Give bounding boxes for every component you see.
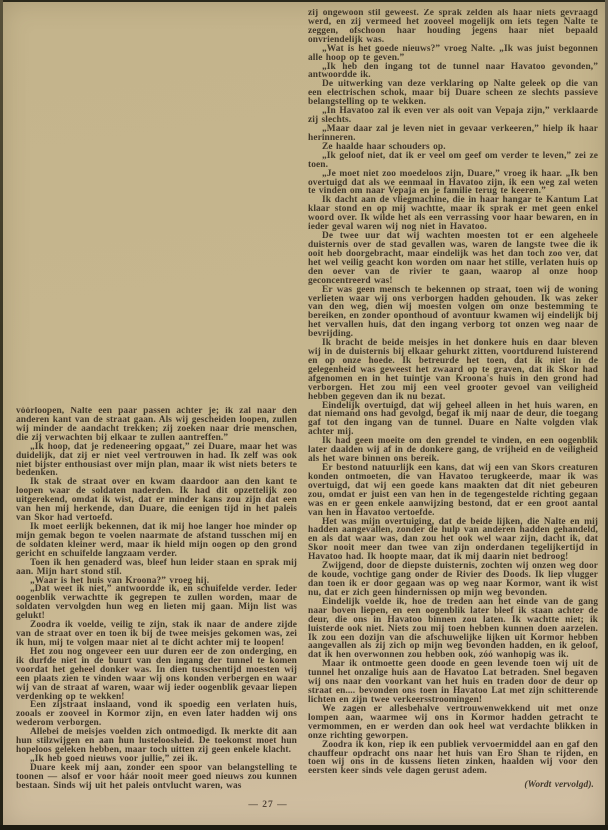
scan-edge-top <box>0 0 608 2</box>
paragraph: „Ik heb den ingang tot de tunnel naar Ha… <box>308 63 598 81</box>
paragraph: Ik moet eerlijk bekennen, dat ik mij hoe… <box>16 523 297 559</box>
paragraph: vóórloopen, Nalte een paar passen achter… <box>16 407 297 443</box>
paragraph: „Maar daar zal je leven niet in gevaar v… <box>308 125 598 143</box>
paragraph: „Ik hoop, dat je redeneering opgaat,” ze… <box>16 443 297 479</box>
continuation-note: (Wordt vervolgd). <box>308 781 598 790</box>
paragraph: Ik had geen moeite om den grendel te vin… <box>308 437 598 464</box>
paragraph: De uitwerking van deze verklaring op Nal… <box>308 80 598 107</box>
paragraph: zij ongewoon stil geweest. Ze sprak zeld… <box>308 9 598 45</box>
paragraph: Er bestond natuurlijk een kans, dat wij … <box>308 464 598 518</box>
paragraph: Het zou nog ongeveer een uur duren eer d… <box>16 648 297 702</box>
paragraph: Duare keek mij aan, zonder een spoor van… <box>16 764 297 791</box>
scan-edge-bottom <box>0 825 608 830</box>
paragraph: Zwijgend, door de diepste duisternis, zo… <box>308 562 598 598</box>
paragraph: Een zijstraat inslaand, vond ik spoedig … <box>16 701 297 728</box>
scanned-book-page: vóórloopen, Nalte een paar passen achter… <box>0 0 608 830</box>
paragraph: Eindelijk voelde ik, hoe de treden aan h… <box>308 598 598 660</box>
paragraph: De twee uur dat wij wachten moesten tot … <box>308 232 598 286</box>
paragraph: Zoodra ik voelde, veilig te zijn, stak i… <box>16 621 297 648</box>
paragraph: „Dat weet ik niet,” antwoordde ik, en sc… <box>16 585 297 621</box>
paragraph: „Je moet niet zoo moedeloos zijn, Duare,… <box>308 170 598 197</box>
paragraph: Allebei de meisjes voelden zich ontmoedi… <box>16 728 297 755</box>
paragraph: We zagen er allesbehalve vertrouwenwekke… <box>308 705 598 741</box>
paragraph: „In Havatoo zal ik even ver als ooit van… <box>308 107 598 125</box>
paragraph: Zoodra ik kon, riep ik een publiek vervo… <box>308 741 598 777</box>
paragraph: Er was geen mensch te bekennen op straat… <box>308 286 598 340</box>
page-number: — 27 — <box>188 800 348 810</box>
paragraph: Ik bracht de beide meisjes in het donker… <box>308 339 598 401</box>
paragraph: Ik dacht aan de vliegmachine, die in haa… <box>308 196 598 232</box>
scan-edge-left <box>0 0 3 830</box>
text-column-left: vóórloopen, Nalte een paar passen achter… <box>16 407 297 807</box>
paragraph: Maar ik ontmoette geen doode en geen lev… <box>308 660 598 705</box>
paragraph: „Ik geloof niet, dat ik er veel om geef … <box>308 152 598 170</box>
text-column-right: zij ongewoon stil geweest. Ze sprak zeld… <box>308 9 598 807</box>
paragraph: Ik stak de straat over en kwam daardoor … <box>16 478 297 523</box>
paragraph: „Wat is het goede nieuws?” vroeg Nalte. … <box>308 45 598 63</box>
paragraph: Eindelijk overtuigd, dat wij geheel alle… <box>308 402 598 438</box>
paragraph: Toen ik hen genaderd was, bleef hun leid… <box>16 559 297 577</box>
paragraph: Het was mijn overtuiging, dat de beide l… <box>308 518 598 563</box>
